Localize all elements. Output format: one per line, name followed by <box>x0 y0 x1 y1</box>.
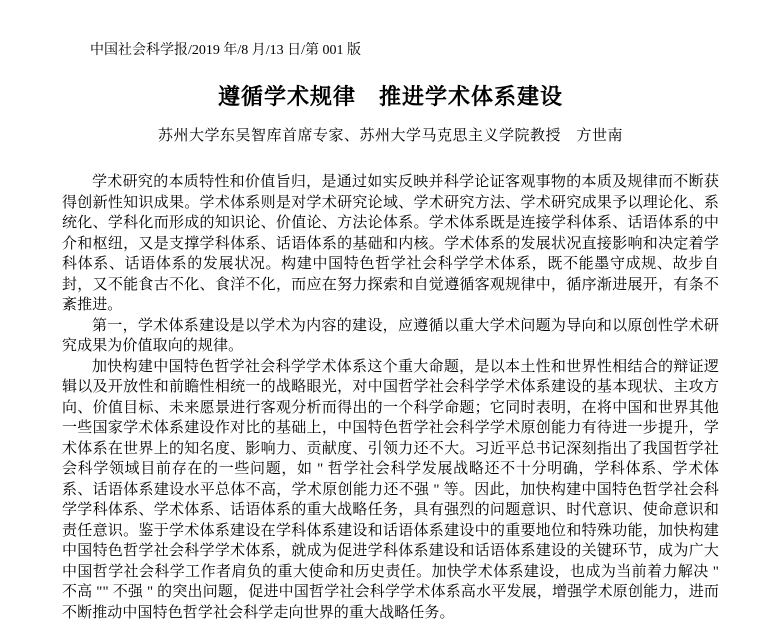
article-title: 遵循学术规律 推进学术体系建设 <box>62 84 719 109</box>
article-body: 学术研究的本质特性和价值旨归，是通过如实反映并科学论证客观事物的本质及规律而不断… <box>62 172 719 622</box>
article-paragraph: 第一，学术体系建设是以学术为内容的建设，应遵循以重大学术问题为导向和以原创性学术… <box>62 316 719 357</box>
source-publication-line: 中国社会科学报/2019 年/8 月/13 日/第 001 版 <box>62 43 719 59</box>
article-paragraph: 学术研究的本质特性和价值旨归，是通过如实反映并科学论证客观事物的本质及规律而不断… <box>62 172 719 316</box>
document-page: 中国社会科学报/2019 年/8 月/13 日/第 001 版 遵循学术规律 推… <box>0 0 782 622</box>
article-paragraph: 加快构建中国特色哲学社会科学学术体系这个重大命题，是以本土性和世界性相结合的辩证… <box>62 357 719 622</box>
article-byline: 苏州大学东吴智库首席专家、苏州大学马克思主义学院教授 方世南 <box>62 127 719 145</box>
